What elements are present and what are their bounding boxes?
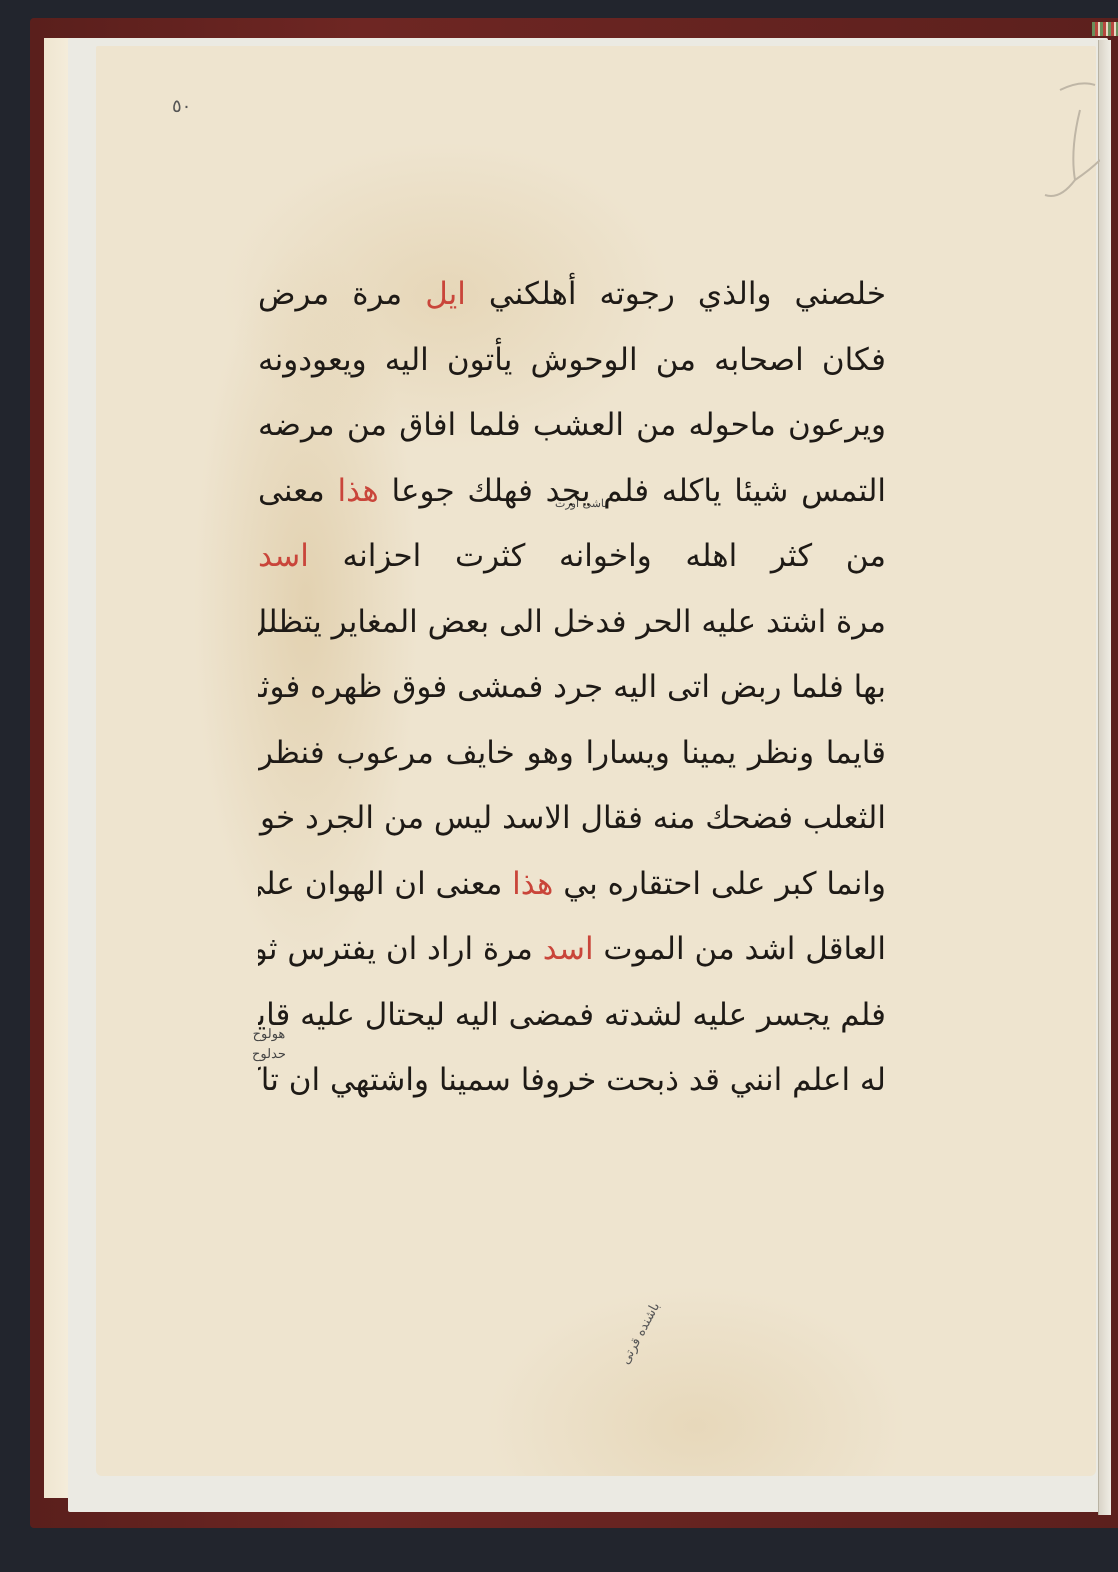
manuscript-text: خلصني والذي رجوته أهلكني ايل مرة مرضفكان…: [258, 262, 886, 1114]
margin-note-line: حدلوح: [252, 1045, 286, 1065]
text-run: فكان اصحابه من الوحوش يأتون اليه ويعودون…: [258, 342, 886, 378]
text-run: العاقل اشد من الموت: [594, 931, 886, 967]
text-line: وانما كبر على احتقاره بي هذا معنى ان اله…: [258, 852, 886, 918]
text-line: من كثر اهله واخوانه كثرت احزانه اسد: [258, 524, 886, 590]
text-line: بها فلما ربض اتى اليه جرد فمشى فوق ظهره …: [258, 655, 886, 721]
rubric-word: هذا: [338, 473, 379, 509]
text-line: مرة اشتد عليه الحر فدخل الى بعض المغاير …: [258, 590, 886, 656]
margin-note-line: هولوح: [252, 1025, 286, 1045]
margin-note: هولوح حدلوح: [252, 1025, 286, 1065]
text-run: الثعلب فضحك منه فقال الاسد ليس من الجرد …: [258, 800, 886, 836]
text-line: فلم يجسر عليه لشدته فمضى اليه ليحتال علي…: [258, 983, 886, 1049]
gutter: [1098, 40, 1111, 1515]
text-run: من كثر اهله واخوانه كثرت احزانه: [309, 538, 886, 574]
text-run: مرة اشتد عليه الحر فدخل الى بعض المغاير …: [258, 604, 886, 640]
text-run: بها فلما ربض اتى اليه جرد فمشى فوق ظهره …: [258, 669, 886, 705]
rubric-word: اسد: [543, 931, 594, 967]
text-line: فكان اصحابه من الوحوش يأتون اليه ويعودون…: [258, 328, 886, 394]
marginal-scribble: [1040, 60, 1100, 220]
text-line: ويرعون ماحوله من العشب فلما افاق من مرضه: [258, 393, 886, 459]
text-run: قايما ونظر يمينا ويسارا وهو خايف مرعوب ف…: [258, 735, 886, 771]
text-line: قايما ونظر يمينا ويسارا وهو خايف مرعوب ف…: [258, 721, 886, 787]
text-run: مرة مرض: [258, 276, 425, 312]
text-line: العاقل اشد من الموت اسد مرة اراد ان يفتر…: [258, 917, 886, 983]
text-run: مرة اراد ان يفترس ثورا: [258, 931, 543, 967]
rubric-word: ايل: [425, 276, 466, 312]
text-line: الثعلب فضحك منه فقال الاسد ليس من الجرد …: [258, 786, 886, 852]
text-run: التمس شيئا ياكله فلم يجد فهلك جوعا: [379, 473, 886, 509]
text-line: خلصني والذي رجوته أهلكني ايل مرة مرض: [258, 262, 886, 328]
rubric-word: اسد: [258, 538, 309, 574]
rubric-word: هذا: [512, 866, 553, 902]
headband: [1092, 22, 1118, 36]
text-run: خلصني والذي رجوته أهلكني: [466, 276, 886, 312]
text-run: فلم يجسر عليه لشدته فمضى اليه ليحتال علي…: [258, 997, 886, 1033]
text-line: التمس شيئا ياكله فلم يجد فهلك جوعا هذا م…: [258, 459, 886, 525]
text-run: معنى: [258, 473, 338, 509]
text-run: له اعلم انني قد ذبحت خروفا سمينا واشتهي …: [258, 1062, 886, 1098]
text-run: ويرعون ماحوله من العشب فلما افاق من مرضه: [258, 407, 886, 443]
text-run: معنى ان الهوان على: [258, 866, 512, 902]
text-run: وانما كبر على احتقاره بي: [553, 866, 886, 902]
text-line: له اعلم انني قد ذبحت خروفا سمينا واشتهي …: [258, 1048, 886, 1114]
folio-number: ٥٠: [172, 96, 191, 117]
